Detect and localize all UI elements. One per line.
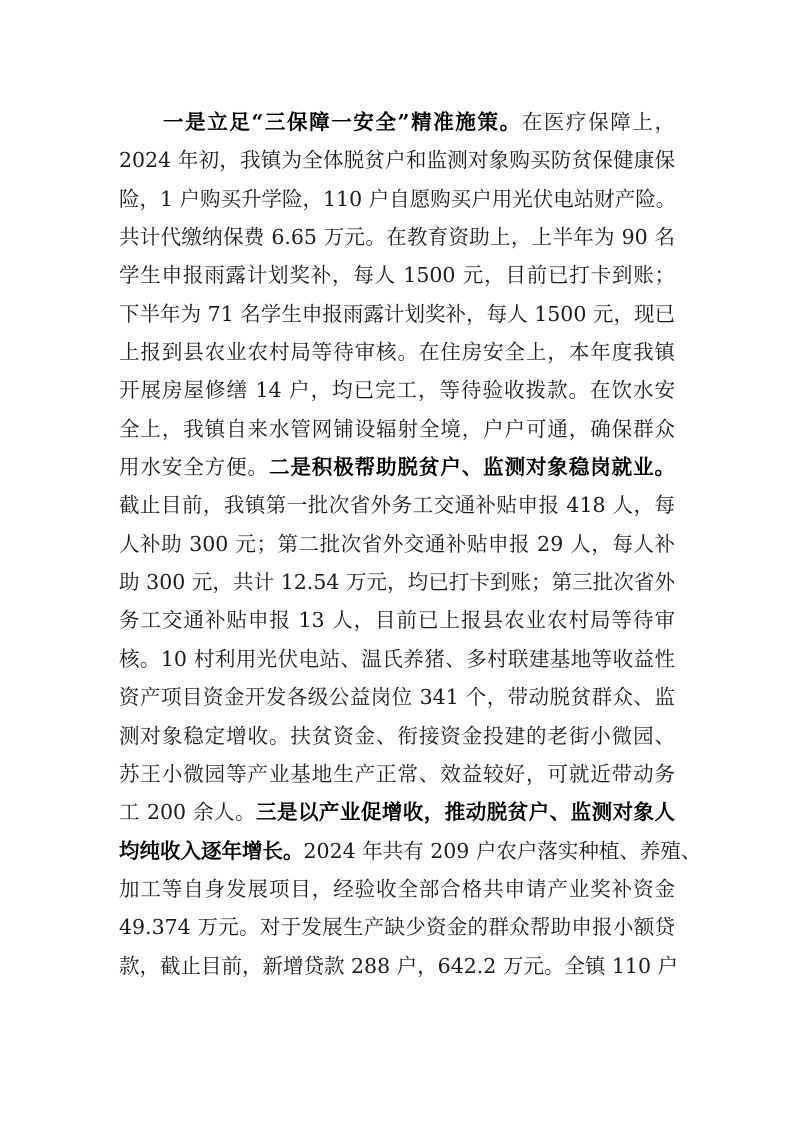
text-line: 人补助 300 元；第二批次省外交通补贴申报 29 人，每人补 (119, 525, 675, 563)
text-line: 助 300 元，共计 12.54 万元，均已打卡到账；第三批次省外 (119, 563, 675, 601)
text-line: 资产项目资金开发各级公益岗位 341 个，带动脱贫群众、监 (119, 678, 675, 716)
text-line: 上报到县农业农村局等待审核。在住房安全上，本年度我镇 (119, 333, 675, 371)
text-line: 险，1 户购买升学险，110 户自愿购买户用光伏电站财产险。 (119, 180, 675, 218)
text-line: 工 200 余人。三是以产业促增收，推动脱贫户、监测对象人 (119, 793, 675, 831)
text-run: 开展房屋修缮 14 户，均已完工，等待验收拨款。在饮水安 (119, 378, 675, 402)
heading-three: 三是以产业促增收，推动脱贫户、监测对象人 (256, 800, 675, 824)
text-line: 2024 年初，我镇为全体脱贫户和监测对象购买防贫保健康保 (119, 141, 675, 179)
text-run: 用水安全方便。 (119, 455, 269, 479)
text-run: 共计代缴纳保费 6.65 万元。在教育资助上，上半年为 90 名 (119, 225, 675, 249)
text-run: 测对象稳定增收。扶贫资金、衔接资金投建的老街小微园、 (119, 724, 675, 748)
text-line: 全上，我镇自来水管网铺设辐射全境，户户可通，确保群众 (119, 410, 675, 448)
text-run: 下半年为 71 名学生申报雨露计划奖补，每人 1500 元，现已 (119, 302, 675, 326)
text-line: 开展房屋修缮 14 户，均已完工，等待验收拨款。在饮水安 (119, 371, 675, 409)
text-run: 在医疗保障上， (522, 110, 675, 134)
text-line: 加工等自身发展项目，经验收全部合格共申请产业奖补资金 (119, 870, 675, 908)
heading-two: 二是积极帮助脱贫户、监测对象稳岗就业。 (269, 455, 675, 479)
heading-three-cont: 均纯收入逐年增长。 (119, 839, 304, 863)
text-run: 苏王小微园等产业基地生产正常、效益较好，可就近带动务 (119, 762, 675, 786)
text-run: 49.374 万元。对于发展生产缺少资金的群众帮助申报小额贷 (119, 915, 675, 939)
text-line: 测对象稳定增收。扶贫资金、衔接资金投建的老街小微园、 (119, 717, 675, 755)
text-run: 人补助 300 元；第二批次省外交通补贴申报 29 人，每人补 (119, 532, 675, 556)
text-line: 苏王小微园等产业基地生产正常、效益较好，可就近带动务 (119, 755, 675, 793)
text-line: 务工交通补贴申报 13 人，目前已上报县农业农村局等待审 (119, 601, 675, 639)
text-run: 务工交通补贴申报 13 人，目前已上报县农业农村局等待审 (119, 608, 675, 632)
text-run: 核。10 村利用光伏电站、温氏养猪、多村联建基地等收益性 (119, 647, 675, 671)
text-line: 下半年为 71 名学生申报雨露计划奖补，每人 1500 元，现已 (119, 295, 675, 333)
text-line: 款，截止目前，新增贷款 288 户，642.2 万元。全镇 110 户 (119, 947, 675, 985)
text-line: 共计代缴纳保费 6.65 万元。在教育资助上，上半年为 90 名 (119, 218, 675, 256)
heading-one: 一是立足“三保障一安全”精准施策。 (163, 110, 522, 134)
text-run: 助 300 元，共计 12.54 万元，均已打卡到账；第三批次省外 (119, 570, 675, 594)
text-line: 均纯收入逐年增长。2024 年共有 209 户农户落实种植、养殖、 (119, 832, 675, 870)
text-run: 加工等自身发展项目，经验收全部合格共申请产业奖补资金 (119, 877, 675, 901)
text-run: 资产项目资金开发各级公益岗位 341 个，带动脱贫群众、监 (119, 685, 675, 709)
text-line: 核。10 村利用光伏电站、温氏养猪、多村联建基地等收益性 (119, 640, 675, 678)
document-page: 一是立足“三保障一安全”精准施策。在医疗保障上， 2024 年初，我镇为全体脱贫… (119, 103, 675, 985)
text-run: 全上，我镇自来水管网铺设辐射全境，户户可通，确保群众 (119, 417, 675, 441)
text-run: 2024 年初，我镇为全体脱贫户和监测对象购买防贫保健康保 (119, 148, 675, 172)
text-line: 用水安全方便。二是积极帮助脱贫户、监测对象稳岗就业。 (119, 448, 675, 486)
text-run: 工 200 余人。 (119, 800, 256, 824)
text-line: 一是立足“三保障一安全”精准施策。在医疗保障上， (119, 103, 675, 141)
text-run: 2024 年共有 209 户农户落实种植、养殖、 (304, 839, 702, 863)
text-run: 截止目前，我镇第一批次省外务工交通补贴申报 418 人，每 (119, 493, 675, 517)
text-run: 学生申报雨露计划奖补，每人 1500 元，目前已打卡到账； (119, 263, 675, 287)
text-line: 49.374 万元。对于发展生产缺少资金的群众帮助申报小额贷 (119, 908, 675, 946)
text-run: 险，1 户购买升学险，110 户自愿购买户用光伏电站财产险。 (119, 187, 676, 211)
text-line: 截止目前，我镇第一批次省外务工交通补贴申报 418 人，每 (119, 486, 675, 524)
text-run: 款，截止目前，新增贷款 288 户，642.2 万元。全镇 110 户 (119, 954, 678, 978)
text-run: 上报到县农业农村局等待审核。在住房安全上，本年度我镇 (119, 340, 675, 364)
text-line: 学生申报雨露计划奖补，每人 1500 元，目前已打卡到账； (119, 256, 675, 294)
